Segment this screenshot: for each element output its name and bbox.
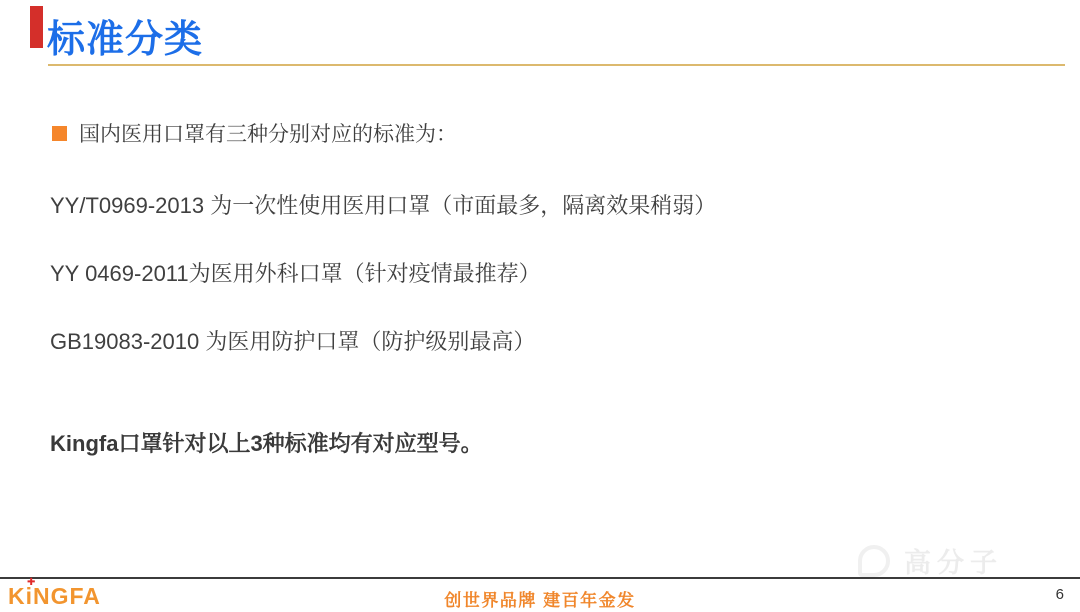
watermark-logo-icon (858, 545, 890, 577)
conclusion-text: Kingfa口罩针对以上3种标准均有对应型号。 (50, 427, 483, 458)
watermark-text: 高分子 (904, 541, 1003, 580)
footer-divider (0, 577, 1080, 579)
footer-slogan: 创世界品牌 建百年金发 (0, 586, 1080, 611)
title-accent-bar (30, 6, 43, 48)
standard-line-3: GB19083-2010 为医用防护口罩（防护级别最高） (50, 325, 535, 356)
standard-line-2: YY 0469-2011为医用外科口罩（针对疫情最推荐） (50, 257, 541, 288)
page-title: 标准分类 (47, 8, 203, 63)
page-number: 6 (1056, 586, 1064, 603)
standard-line-1: YY/T0969-2013 为一次性使用医用口罩（市面最多，隔离效果稍弱） (50, 189, 716, 220)
title-underline (48, 64, 1065, 66)
watermark: 高分子 (858, 541, 1003, 580)
intro-text: 国内医用口罩有三种分别对应的标准为： (79, 118, 457, 148)
intro-bullet-row: 国内医用口罩有三种分别对应的标准为： (52, 118, 457, 148)
slide: 标准分类 国内医用口罩有三种分别对应的标准为： YY/T0969-2013 为一… (0, 0, 1080, 612)
bullet-square-icon (52, 126, 67, 141)
